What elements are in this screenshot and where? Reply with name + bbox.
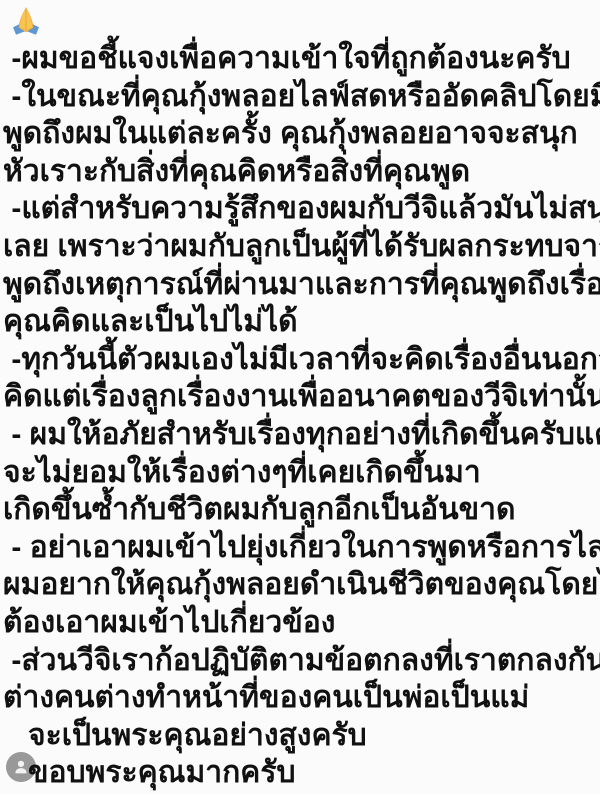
post-line: -ผมขอชี้แจงเพื่อความเข้าใจที่ถูกต้องนะคร… <box>3 40 600 78</box>
post-line: -ในขณะที่คุณกุ้งพลอยไลฟ์สดหรืออัดคลิปโดย… <box>3 78 600 116</box>
post-line: ผมอยากให้คุณกุ้งพลอยดำเนินชีวิตของคุณโดย… <box>3 566 600 604</box>
post-line: เลย เพราะว่าผมกับลูกเป็นผู้ที่ได้รับผลกร… <box>3 228 600 266</box>
post-line: คุณคิดและเป็นไปไม่ได้ <box>3 303 600 341</box>
post-line: หัวเราะกับสิ่งที่คุณคิดหรือสิ่งที่คุณพูด <box>3 153 600 191</box>
post-line: เกิดขึ้นซ้ำกับชีวิตผมกับลูกอีกเป็นอันขาด <box>3 491 600 529</box>
post-text: -ผมขอชี้แจงเพื่อความเข้าใจที่ถูกต้องนะคร… <box>3 40 600 792</box>
post-line: - อย่าเอาผมเข้าไปยุ่งเกี่ยวในการพูดหรือก… <box>3 529 600 567</box>
post-line: -ส่วนวีจิเราก้อปฏิบัติตามข้อตกลงที่เราตก… <box>3 642 600 680</box>
post-line: จะเป็นพระคุณอย่างสูงครับ <box>3 717 600 755</box>
post-line: -แต่สำหรับความรู้สึกของผมกับวีจิแล้วมันไ… <box>3 190 600 228</box>
post-line: พูดถึงเหตุการณ์ที่ผ่านมาและการที่คุณพูดถ… <box>3 266 600 304</box>
post-line: จะไม่ยอมให้เรื่องต่างๆที่เคยเกิดขึ้นมา <box>3 454 600 492</box>
post-line: ขอบพระคุณมากครับ <box>3 754 600 792</box>
post-line: พูดถึงผมในแต่ละครั้ง คุณกุ้งพลอยอาจจะสนุ… <box>3 115 600 153</box>
post-line: -ทุกวันนี้ตัวผมเองไม่มีเวลาที่จะคิดเรื่อ… <box>3 341 600 379</box>
post-image: -ผมขอชี้แจงเพื่อความเข้าใจที่ถูกต้องนะคร… <box>0 0 600 794</box>
emoji-row <box>3 2 600 40</box>
post-content: -ผมขอชี้แจงเพื่อความเข้าใจที่ถูกต้องนะคร… <box>3 2 600 792</box>
post-line: ต้องเอาผมเข้าไปเกี่ยวข้อง <box>3 604 600 642</box>
praying-hands-emoji <box>11 6 41 36</box>
post-line: คิดแต่เรื่องลูกเรื่องงานเพื่ออนาคตของวีจ… <box>3 378 600 416</box>
post-line: ต่างคนต่างทำหน้าที่ของคนเป็นพ่อเป็นแม่ <box>3 679 600 717</box>
post-line: - ผมให้อภัยสำหรับเรื่องทุกอย่างที่เกิดขึ… <box>3 416 600 454</box>
